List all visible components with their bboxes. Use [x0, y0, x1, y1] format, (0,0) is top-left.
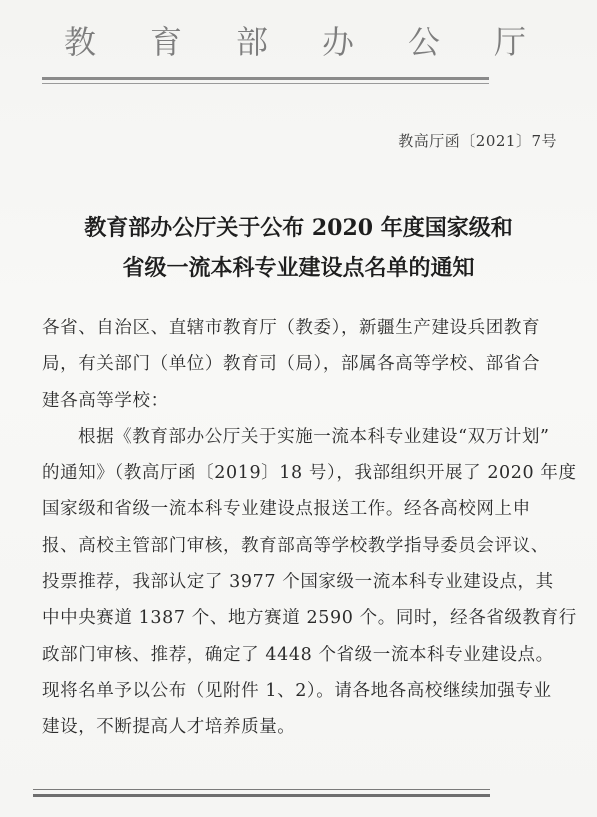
- document-number: 教高厅函〔2021〕7号: [398, 130, 557, 151]
- letterhead-char: 厅: [490, 26, 530, 58]
- paragraph-line: 报、高校主管部门审核，教育部高等学校教学指导委员会评议、: [42, 528, 562, 564]
- letterhead-char: 公: [404, 26, 444, 58]
- salutation-line: 各省、自治区、直辖市教育厅（教委），新疆生产建设兵团教育: [42, 310, 562, 346]
- paragraph-line: 现将名单予以公布（见附件 1、2）。请各地各高校继续加强专业: [42, 673, 562, 709]
- salutation-line: 局，有关部门（单位）教育司（局），部属各高等学校、部省合: [42, 346, 562, 382]
- title-line-2: 省级一流本科专业建设点名单的通知: [0, 248, 597, 288]
- footer-rule-thin: [33, 789, 490, 790]
- letterhead: 教 育 部 办 公 厅: [60, 12, 530, 72]
- paragraph-line: 投票推荐，我部认定了 3977 个国家级一流本科专业建设点，其: [42, 564, 562, 600]
- letterhead-char: 办: [318, 26, 358, 58]
- footer-rule-thick: [33, 794, 490, 797]
- letterhead-rule-thin: [42, 83, 489, 84]
- paragraph-line: 的通知》（教高厅函〔2019〕18 号），我部组织开展了 2020 年度: [42, 455, 562, 491]
- document-title: 教育部办公厅关于公布 2020 年度国家级和 省级一流本科专业建设点名单的通知: [0, 208, 597, 288]
- letterhead-char: 部: [232, 26, 272, 58]
- paragraph-line: 根据《教育部办公厅关于实施一流本科专业建设“双万计划”: [42, 419, 562, 455]
- paragraph-line: 政部门审核、推荐，确定了 4448 个省级一流本科专业建设点。: [42, 637, 562, 673]
- document-page: 教 育 部 办 公 厅 教高厅函〔2021〕7号 教育部办公厅关于公布 2020…: [0, 0, 597, 817]
- salutation-line: 建各高等学校：: [42, 383, 562, 419]
- letterhead-char: 教: [60, 26, 100, 58]
- paragraph-line: 中中央赛道 1387 个、地方赛道 2590 个。同时，经各省级教育行: [42, 600, 562, 636]
- letterhead-rule-thick: [42, 77, 489, 80]
- paragraph-line: 国家级和省级一流本科专业建设点报送工作。经各高校网上申: [42, 491, 562, 527]
- title-line-1: 教育部办公厅关于公布 2020 年度国家级和: [0, 208, 597, 248]
- letterhead-char: 育: [146, 26, 186, 58]
- document-body: 各省、自治区、直辖市教育厅（教委），新疆生产建设兵团教育 局，有关部门（单位）教…: [42, 310, 562, 746]
- paragraph-line: 建设，不断提高人才培养质量。: [42, 709, 562, 745]
